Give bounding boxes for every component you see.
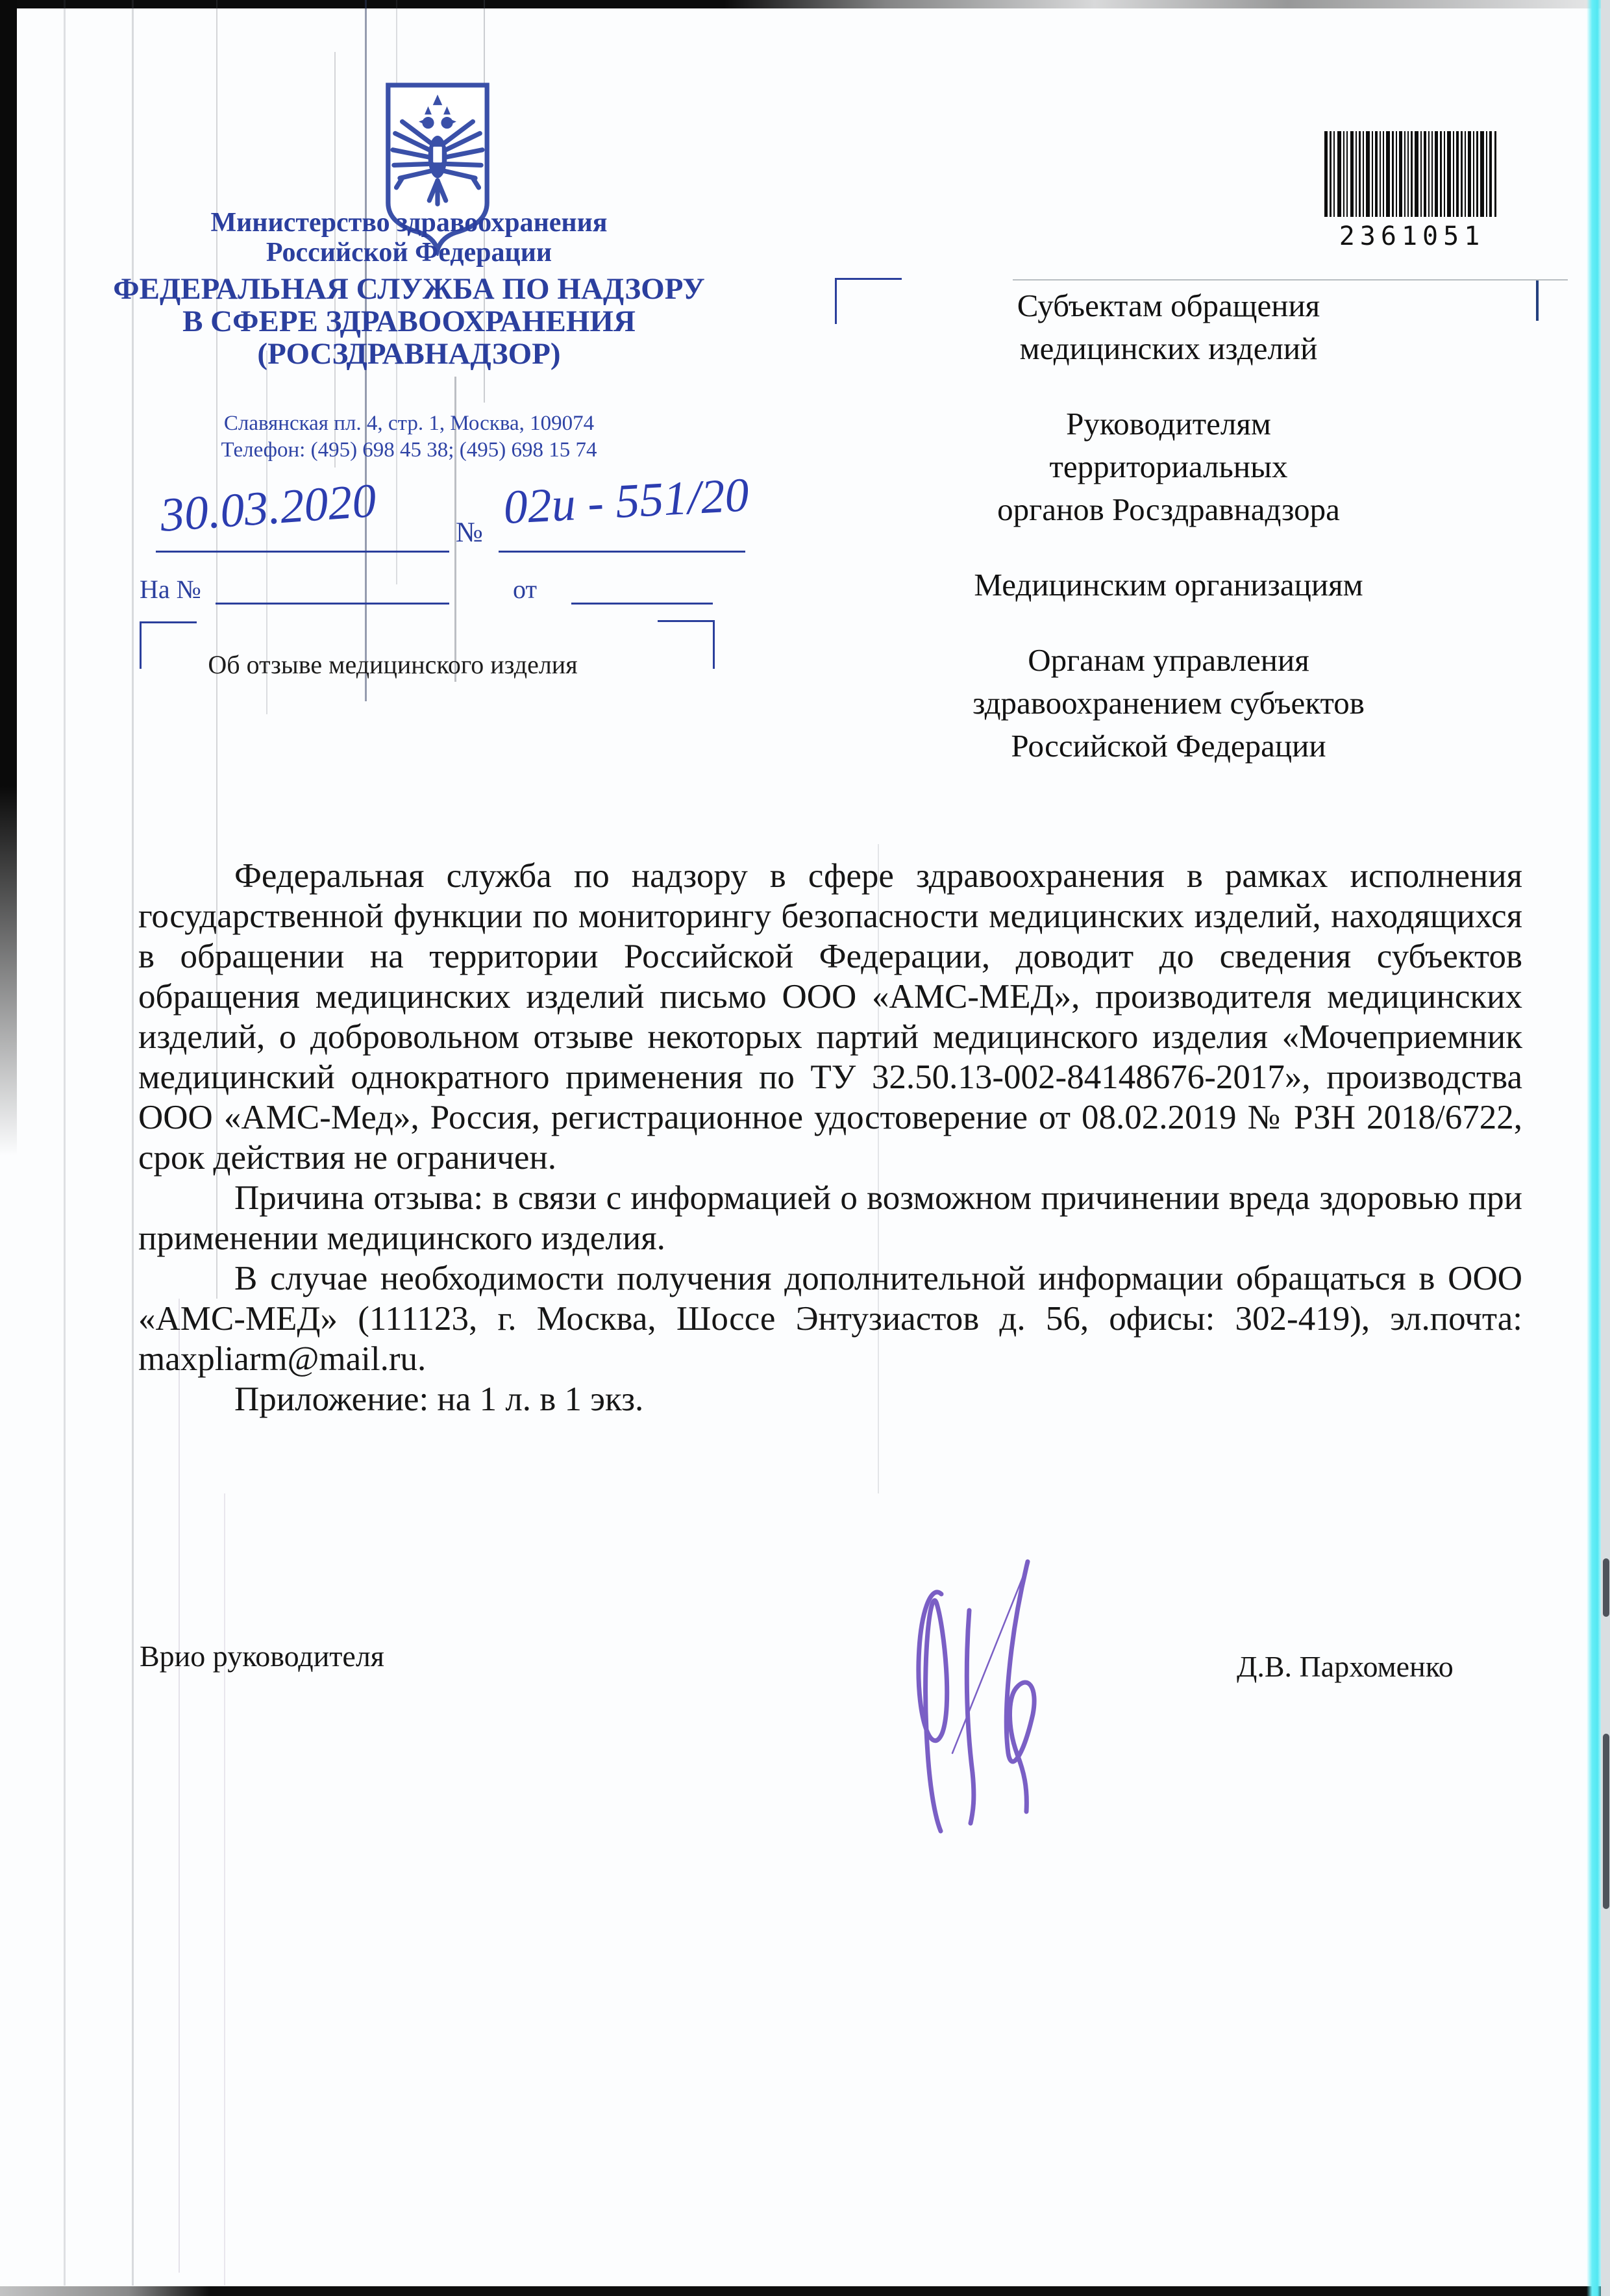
date-underline bbox=[156, 551, 449, 553]
scan-right-blob bbox=[1603, 1558, 1609, 1617]
scan-crease bbox=[64, 0, 66, 2286]
recipients-list: Субъектам обращения медицинских изделий … bbox=[844, 284, 1493, 800]
scan-right-blob bbox=[1603, 1734, 1609, 1909]
recipient-block: Органам управления здравоохранением субъ… bbox=[844, 639, 1493, 767]
ministry-name-line2: Российской Федерации bbox=[104, 238, 714, 268]
scan-top-edge bbox=[0, 0, 1610, 8]
ministry-name: Министерство здравоохранения Российской … bbox=[104, 208, 714, 268]
recipient-line: Медицинским организациям bbox=[844, 564, 1493, 606]
service-name-line2: В СФЕРЕ ЗДРАВООХРАНЕНИЯ bbox=[104, 305, 714, 338]
scan-crease bbox=[179, 1299, 180, 2273]
recipient-line: Органам управления bbox=[844, 639, 1493, 682]
org-contacts: Славянская пл. 4, стр. 1, Москва, 109074… bbox=[104, 410, 714, 464]
reply-date-label: от bbox=[513, 574, 537, 605]
signer-name: Д.В. Пархоменко bbox=[1237, 1649, 1454, 1684]
scan-right-cyan-stripe bbox=[1587, 0, 1602, 2296]
scan-right-edge bbox=[1601, 0, 1610, 2296]
reply-number-line bbox=[216, 603, 449, 605]
letter-body: Федеральная служба по надзору в сфере зд… bbox=[138, 856, 1522, 1419]
org-address: Славянская пл. 4, стр. 1, Москва, 109074 bbox=[104, 410, 714, 437]
recipient-line: территориальных bbox=[844, 445, 1493, 488]
service-name-line1: ФЕДЕРАЛЬНАЯ СЛУЖБА ПО НАДЗОРУ bbox=[104, 273, 714, 305]
scan-blue-tick bbox=[1536, 281, 1539, 321]
recipient-line: медицинских изделий bbox=[844, 327, 1493, 370]
recipient-line: Субъектам обращения bbox=[844, 284, 1493, 327]
signer-position: Врио руководителя bbox=[140, 1639, 384, 1673]
body-paragraph: Причина отзыва: в связи с информацией о … bbox=[138, 1178, 1522, 1258]
attachment-line: Приложение: на 1 л. в 1 экз. bbox=[138, 1379, 1522, 1419]
body-paragraph: Федеральная служба по надзору в сфере зд… bbox=[138, 856, 1522, 1178]
outgoing-number-sign: № bbox=[456, 516, 483, 549]
scan-folder-line bbox=[1013, 279, 1568, 281]
outgoing-date-handwritten: 30.03.2020 bbox=[158, 473, 378, 543]
reply-date-line bbox=[571, 603, 713, 605]
scanned-letter-page: Министерство здравоохранения Российской … bbox=[0, 0, 1610, 2296]
number-underline bbox=[499, 551, 745, 553]
barcode-bars bbox=[1324, 131, 1500, 217]
recipient-line: Российской Федерации bbox=[844, 725, 1493, 767]
service-name-line3: (РОСЗДРАВНАДЗОР) bbox=[104, 338, 714, 370]
scan-left-edge bbox=[0, 0, 17, 1156]
reply-number-label: На № bbox=[140, 574, 201, 605]
ministry-name-line1: Министерство здравоохранения bbox=[104, 208, 714, 238]
recipient-line: Руководителям bbox=[844, 403, 1493, 445]
subject-line: Об отзыве медицинского изделия bbox=[162, 649, 623, 680]
barcode-number: 2361051 bbox=[1318, 221, 1506, 251]
subject-bracket-right bbox=[658, 620, 715, 669]
outgoing-number-handwritten: 02и - 551/20 bbox=[502, 468, 750, 536]
service-name: ФЕДЕРАЛЬНАЯ СЛУЖБА ПО НАДЗОРУ В СФЕРЕ ЗД… bbox=[104, 273, 714, 370]
scan-crease bbox=[224, 1493, 225, 2286]
signature-autograph bbox=[880, 1506, 1074, 1847]
scan-bottom-edge bbox=[0, 2286, 1610, 2296]
recipient-block: Медицинским организациям bbox=[844, 564, 1493, 606]
barcode: 2361051 bbox=[1318, 131, 1506, 251]
body-paragraph: В случае необходимости получения дополни… bbox=[138, 1258, 1522, 1379]
recipient-block: Субъектам обращения медицинских изделий bbox=[844, 284, 1493, 370]
recipient-line: здравоохранением субъектов bbox=[844, 682, 1493, 725]
recipient-block: Руководителям территориальных органов Ро… bbox=[844, 403, 1493, 531]
org-phone: Телефон: (495) 698 45 38; (495) 698 15 7… bbox=[104, 437, 714, 464]
recipient-line: органов Росздравнадзора bbox=[844, 488, 1493, 531]
